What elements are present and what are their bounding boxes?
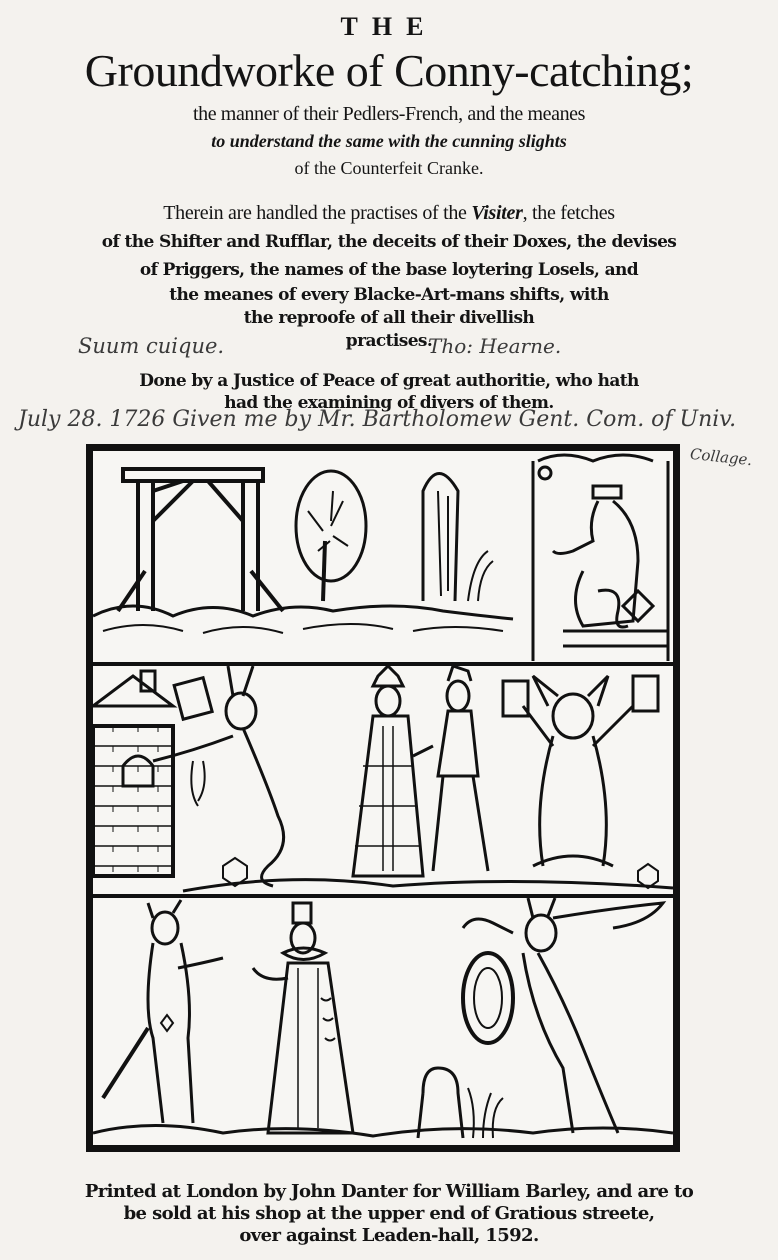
handwritten-provenance: July 28. 1726 Given me by Mr. Bartholome…	[18, 407, 736, 432]
devils-scene-icon	[93, 898, 673, 1141]
authority-line-1: Done by a Justice of Peace of great auth…	[0, 371, 778, 391]
subtitle-line-2: to understand the same with the cunning …	[0, 131, 778, 152]
woodcut-illustration	[86, 444, 680, 1152]
woodcut-panel-bottom	[93, 898, 673, 1145]
gallows-scene-icon	[93, 451, 673, 662]
description-visiter: Visiter	[471, 202, 522, 224]
subtitle-line-3: of the Counterfeit Cranke.	[0, 158, 778, 179]
handwritten-signature: Tho: Hearne.	[428, 334, 561, 358]
description-line-5: the reproofe of all their divellish	[0, 308, 778, 328]
imprint-line-2: be sold at his shop at the upper end of …	[0, 1203, 778, 1224]
subtitle-line-1: the manner of their Pedlers-French, and …	[0, 103, 778, 126]
woodcut-panel-middle	[93, 666, 673, 898]
handwritten-motto: Suum cuique.	[78, 334, 224, 358]
handwritten-provenance-cont: Collage.	[689, 445, 753, 469]
description-line-2: of the Shifter and Rufflar, the deceits …	[0, 232, 778, 252]
woodcut-panel-top	[93, 451, 673, 666]
main-title: Groundworke of Conny-catching;	[0, 44, 778, 97]
description-line-3: of Priggers, the names of the base loyte…	[0, 260, 778, 280]
description-line-4: the meanes of every Blacke-Art-mans shif…	[0, 285, 778, 305]
title-page: THE Groundworke of Conny-catching; the m…	[0, 0, 778, 1260]
description-line-1-pre: Therein are handled the practises of the	[163, 202, 471, 224]
imprint-line-3: over against Leaden-hall, 1592.	[0, 1225, 778, 1246]
description-line-1: Therein are handled the practises of the…	[0, 202, 778, 225]
heading-the: THE	[0, 12, 778, 42]
conny-catchers-scene-icon	[93, 666, 673, 894]
description-line-1-post: , the fetches	[523, 202, 615, 224]
imprint-line-1: Printed at London by John Danter for Wil…	[0, 1181, 778, 1202]
